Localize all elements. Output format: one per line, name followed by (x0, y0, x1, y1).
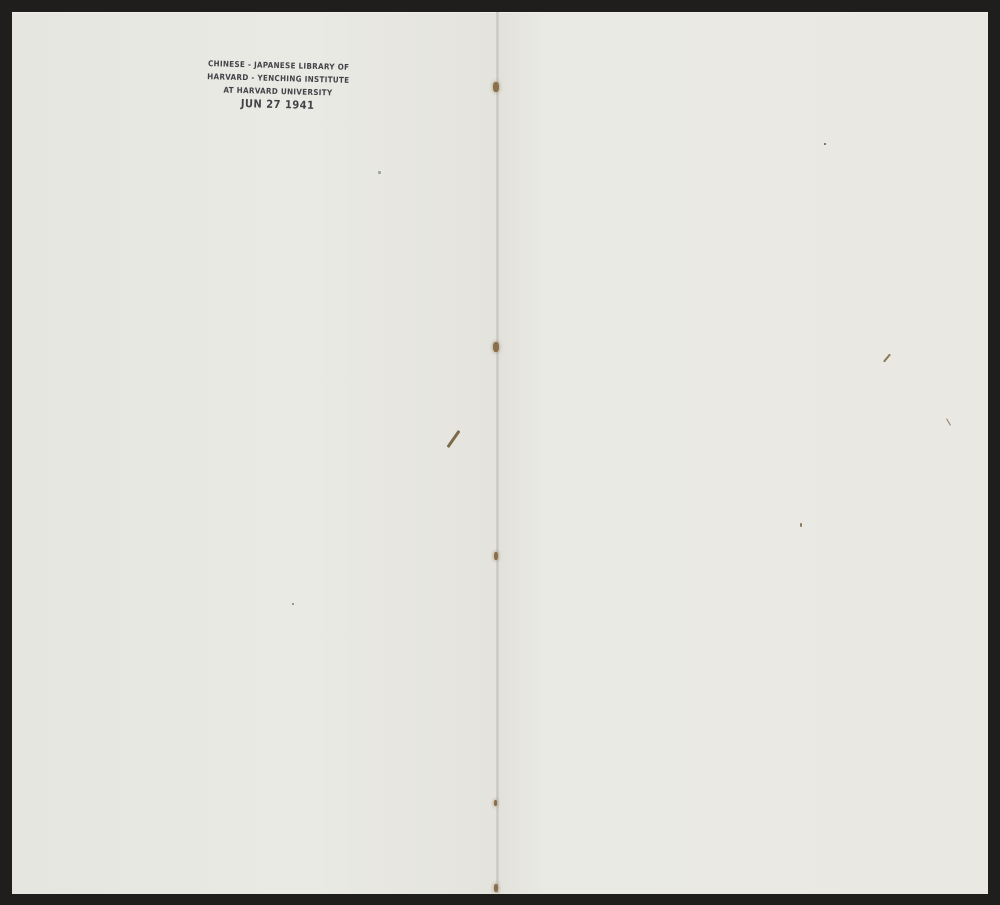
paper-speck (946, 418, 951, 425)
binding-hole (494, 884, 498, 892)
left-page: CHINESE - JAPANESE LIBRARY OF HARVARD - … (12, 12, 498, 894)
binding-hole (493, 82, 499, 92)
paper-speck (824, 143, 826, 145)
paper-fiber (447, 430, 461, 448)
right-page (498, 12, 988, 894)
paper-speck (883, 354, 891, 363)
library-stamp: CHINESE - JAPANESE LIBRARY OF HARVARD - … (206, 57, 350, 113)
paper-speck (800, 523, 802, 527)
paper-speck (292, 603, 294, 605)
binding-hole (493, 342, 499, 352)
book-gutter (496, 12, 499, 893)
book-spread: CHINESE - JAPANESE LIBRARY OF HARVARD - … (12, 12, 988, 893)
binding-hole (494, 800, 497, 806)
binding-hole (494, 552, 498, 560)
paper-speck (378, 171, 381, 174)
